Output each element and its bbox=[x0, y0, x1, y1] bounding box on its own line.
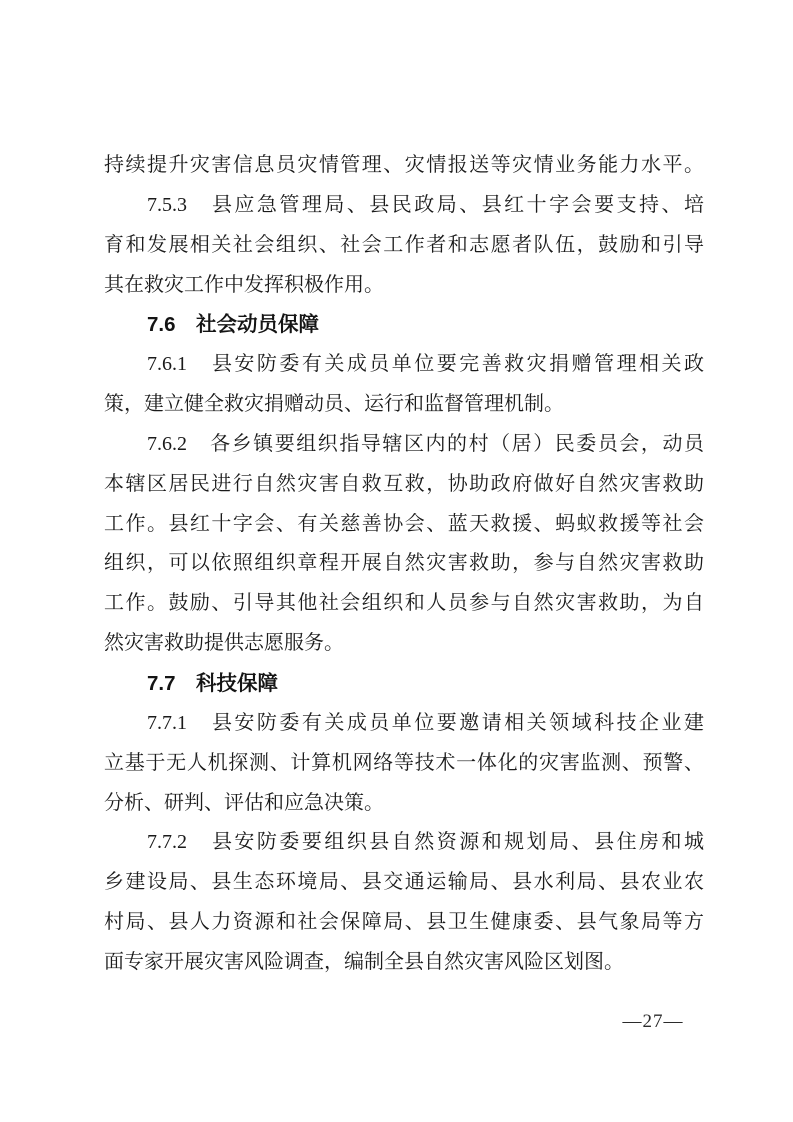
text-line: 分析、研判、评估和应急决策。 bbox=[104, 784, 704, 824]
section-heading: 7.7 科技保障 bbox=[104, 664, 704, 704]
text-line: 立基于无人机探测、计算机网络等技术一体化的灾害监测、预警、 bbox=[104, 744, 704, 784]
section-heading: 7.6 社会动员保障 bbox=[104, 305, 704, 345]
text-line: 育和发展相关社会组织、社会工作者和志愿者队伍，鼓励和引导 bbox=[104, 226, 704, 266]
text-line: 7.7.1 县安防委有关成员单位要邀请相关领域科技企业建 bbox=[104, 704, 704, 744]
text-line: 工作。鼓励、引导其他社会组织和人员参与自然灾害救助，为自 bbox=[104, 584, 704, 624]
text-line: 面专家开展灾害风险调查，编制全县自然灾害风险区划图。 bbox=[104, 943, 704, 983]
text-line: 然灾害救助提供志愿服务。 bbox=[104, 624, 704, 664]
text-line: 村局、县人力资源和社会保障局、县卫生健康委、县气象局等方 bbox=[104, 903, 704, 943]
text-line: 本辖区居民进行自然灾害自救互救，协助政府做好自然灾害救助 bbox=[104, 465, 704, 505]
text-line: 7.6.1 县安防委有关成员单位要完善救灾捐赠管理相关政 bbox=[104, 345, 704, 385]
text-line: 乡建设局、县生态环境局、县交通运输局、县水利局、县农业农 bbox=[104, 863, 704, 903]
document-page: 持续提升灾害信息员灾情管理、灾情报送等灾情业务能力水平。7.5.3 县应急管理局… bbox=[0, 0, 793, 1122]
document-body: 持续提升灾害信息员灾情管理、灾情报送等灾情业务能力水平。7.5.3 县应急管理局… bbox=[104, 146, 704, 983]
text-line: 7.5.3 县应急管理局、县民政局、县红十字会要支持、培 bbox=[104, 186, 704, 226]
text-line: 持续提升灾害信息员灾情管理、灾情报送等灾情业务能力水平。 bbox=[104, 146, 704, 186]
text-line: 7.6.2 各乡镇要组织指导辖区内的村（居）民委员会，动员 bbox=[104, 425, 704, 465]
text-line: 策，建立健全救灾捐赠动员、运行和监督管理机制。 bbox=[104, 385, 704, 425]
text-line: 组织，可以依照组织章程开展自然灾害救助，参与自然灾害救助 bbox=[104, 544, 704, 584]
text-line: 7.7.2 县安防委要组织县自然资源和规划局、县住房和城 bbox=[104, 823, 704, 863]
page-number: —27— bbox=[618, 1008, 688, 1036]
text-line: 工作。县红十字会、有关慈善协会、蓝天救援、蚂蚁救援等社会 bbox=[104, 505, 704, 545]
text-line: 其在救灾工作中发挥积极作用。 bbox=[104, 266, 704, 306]
